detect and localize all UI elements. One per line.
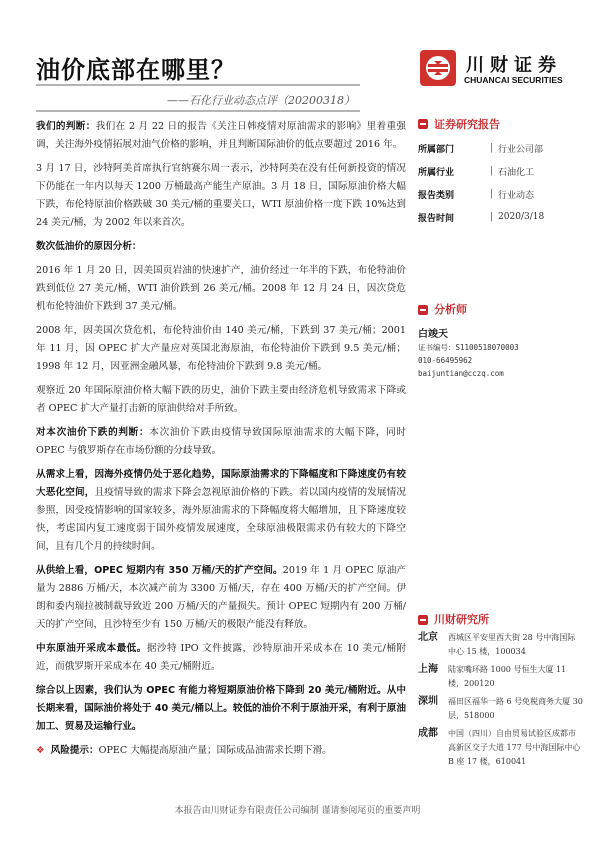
meta-row-category: 报告类别 | 行业动态 <box>418 187 583 201</box>
report-meta-heading: 证券研究报告 <box>418 116 583 132</box>
meta-value: 2020/3/18 <box>498 212 544 222</box>
risk-warning: ❖风险提示：OPEC 大幅提高原油产量；国际成品油需求长期下滑。 <box>36 742 406 760</box>
office-beijing: 北京 西城区平安里西大街 28 号中海国际中心 15 楼，100034 <box>418 631 583 659</box>
meta-row-industry: 所属行业 | 石油化工 <box>418 164 583 178</box>
logo-name-cn: 川财证券 <box>466 51 562 77</box>
meta-label: 报告时间 <box>418 211 490 224</box>
paragraph-text: 3 月 17 日，沙特阿美首席执行官纳赛尔周一表示，沙特阿美在没有任何新投资的情… <box>36 163 406 228</box>
paragraph-lead: 对本次油价下跌的判断： <box>36 427 149 438</box>
analyst-panel: 分析师 白竣天 证书编号：S1100518070003 010-66495962… <box>418 303 583 380</box>
section-heading-causes: 数次低油价的原因分析： <box>36 238 406 256</box>
analyst-cert: 证书编号：S1100518070003 <box>418 341 583 354</box>
paragraph-lead: 中东原油开采成本最低。 <box>36 643 147 654</box>
office-address: 西城区平安里西大街 28 号中海国际中心 15 楼，100034 <box>448 631 583 659</box>
subtitle-divider <box>36 110 360 112</box>
paragraph-text: 观察近 20 年国际原油价格大幅下跌的历史，油价下跌主要由经济危机导致需求下降或… <box>36 385 406 414</box>
report-title: 油价底部在哪里？ <box>36 50 236 85</box>
paragraph-lead: 综合以上因素，我们认为 OPEC 有能力将短期原油价格下降到 20 美元/桶附近… <box>36 685 406 732</box>
paragraph-cost: 中东原油开采成本最低。据沙特 IPO 文件披露，沙特原油开采成本在 10 美元/… <box>36 640 406 676</box>
heading-text: 证券研究报告 <box>434 116 500 132</box>
paragraph-text: 2008 年，因美国次贷危机，布伦特油价由 140 美元/桶，下跌到 37 美元… <box>36 325 406 372</box>
meta-separator: | <box>490 212 493 222</box>
meta-value: 行业公司部 <box>498 142 543 155</box>
office-address: 福田区福华一路 6 号免税商务大厦 30 层，518000 <box>448 695 583 723</box>
paragraph-lead: 从供给上看，OPEC 短期内有 350 万桶/天的扩产空间。 <box>36 565 283 576</box>
paragraph-observation: 观察近 20 年国际原油价格大幅下跌的历史，油价下跌主要由经济危机导致需求下降或… <box>36 382 406 418</box>
office-address: 中国（四川）自由贸易试验区成都市高新区交子大道 177 号中海国际中心 B 座 … <box>448 727 583 769</box>
paragraph-2016: 2016 年 1 月 20 日，因美国页岩油的快速扩产，油价经过一年半的下跌，布… <box>36 262 406 316</box>
paragraph-judgment: 我们的判断：我们在 2 月 22 日的报告《关注日韩疫情对原油需求的影响》里着重… <box>36 118 406 154</box>
meta-row-department: 所属部门 | 行业公司部 <box>418 141 583 155</box>
institute-panel: 川财研究所 北京 西城区平安里西大街 28 号中海国际中心 15 楼，10003… <box>418 613 583 769</box>
paragraph-march17: 3 月 17 日，沙特阿美首席执行官纳赛尔周一表示，沙特阿美在没有任何新投资的情… <box>36 160 406 232</box>
logo-name-en: CHUANCAI SECURITIES <box>464 75 563 85</box>
institute-heading: 川财研究所 <box>418 613 583 627</box>
report-body: 我们的判断：我们在 2 月 22 日的报告《关注日韩疫情对原油需求的影响》里着重… <box>36 118 406 766</box>
analyst-email[interactable]: baijuntian@cczq.com <box>418 367 583 380</box>
chuancai-s-logo-icon <box>420 50 456 86</box>
paragraph-demand: 从需求上看，因海外疫情仍处于恶化趋势，国际原油需求的下降幅度和下降速度仍有较大恶… <box>36 466 406 556</box>
office-shenzhen: 深圳 福田区福华一路 6 号免税商务大厦 30 层，518000 <box>418 695 583 723</box>
footer-disclaimer: 本报告由川财证券有限责任公司编制 谨请参阅尾页的重要声明 <box>0 803 595 816</box>
heading-text: 川财研究所 <box>434 613 489 627</box>
diamond-bullet-icon: ❖ <box>36 745 45 756</box>
office-chengdu: 成都 中国（四川）自由贸易试验区成都市高新区交子大道 177 号中海国际中心 B… <box>418 727 583 769</box>
section-marker-icon <box>418 119 428 129</box>
office-address: 陆家嘴环路 1000 号恒生大厦 11 楼，200120 <box>448 663 583 691</box>
paragraph-supply: 从供给上看，OPEC 短期内有 350 万桶/天的扩产空间。2019 年 1 月… <box>36 562 406 634</box>
meta-separator: | <box>490 143 493 153</box>
report-meta-panel: 证券研究报告 所属部门 | 行业公司部 所属行业 | 石油化工 报告类别 | 行… <box>418 116 583 224</box>
meta-label: 报告类别 <box>418 188 490 201</box>
company-logo: 川财证券 CHUANCAI SECURITIES <box>420 50 580 90</box>
analyst-phone: 010-66495962 <box>418 354 583 367</box>
section-marker-icon <box>418 615 428 625</box>
meta-separator: | <box>490 189 493 199</box>
paragraph-lead: 我们的判断： <box>36 121 96 132</box>
office-city: 北京 <box>418 631 448 659</box>
meta-separator: | <box>490 166 493 176</box>
heading-text: 分析师 <box>434 303 467 316</box>
office-city: 深圳 <box>418 695 448 723</box>
section-heading: 数次低油价的原因分析： <box>36 241 142 252</box>
paragraph-conclusion: 综合以上因素，我们认为 OPEC 有能力将短期原油价格下降到 20 美元/桶附近… <box>36 682 406 736</box>
paragraph-text: 2016 年 1 月 20 日，因美国页岩油的快速扩产，油价经过一年半的下跌，布… <box>36 265 406 312</box>
meta-value: 石油化工 <box>498 165 534 178</box>
analyst-name: 白竣天 <box>418 328 583 341</box>
report-subtitle: ——石化行业动态点评（20200318） <box>167 92 355 108</box>
section-marker-icon <box>418 305 428 315</box>
office-city: 上海 <box>418 663 448 691</box>
meta-label: 所属行业 <box>418 165 490 178</box>
meta-label: 所属部门 <box>418 142 490 155</box>
risk-text: OPEC 大幅提高原油产量；国际成品油需求长期下滑。 <box>99 745 332 756</box>
office-city: 成都 <box>418 727 448 769</box>
paragraph-history: 2008 年，因美国次贷危机，布伦特油价由 140 美元/桶，下跌到 37 美元… <box>36 322 406 376</box>
meta-row-date: 报告时间 | 2020/3/18 <box>418 210 583 224</box>
title-divider <box>36 84 360 86</box>
analyst-heading: 分析师 <box>418 303 583 316</box>
risk-lead: 风险提示： <box>51 745 99 756</box>
office-shanghai: 上海 陆家嘴环路 1000 号恒生大厦 11 楼，200120 <box>418 663 583 691</box>
meta-value: 行业动态 <box>498 188 534 201</box>
paragraph-current-judgment: 对本次油价下跌的判断：本次油价下跌由疫情导致国际原油需求的大幅下降，同时 OPE… <box>36 424 406 460</box>
